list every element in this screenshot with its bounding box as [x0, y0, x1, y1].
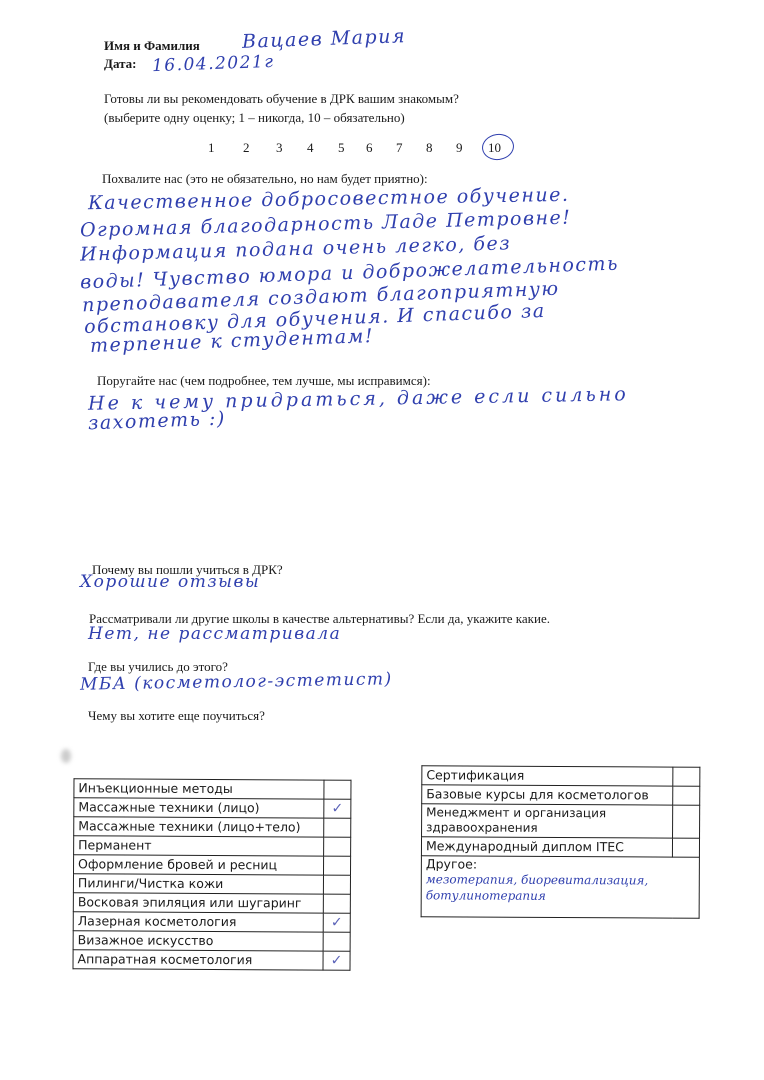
checkbox[interactable] — [673, 805, 700, 838]
course-row: Сертификация — [422, 766, 700, 786]
course-table-left: Инъекционные методыМассажные техники (ли… — [73, 778, 352, 970]
course-label: Визажное искусство — [73, 931, 323, 951]
course-label: Лазерная косметология — [73, 912, 323, 932]
course-row: Инъекционные методы — [74, 779, 351, 799]
checkbox[interactable] — [324, 780, 351, 799]
checkbox[interactable] — [323, 932, 350, 951]
course-label: Массажные техники (лицо) — [74, 798, 324, 818]
rating-option-3[interactable]: 3 — [276, 140, 283, 156]
rating-option-1[interactable]: 1 — [208, 140, 215, 156]
checkbox[interactable] — [323, 875, 350, 894]
other-value: мезотерапия, биоревитализация, ботулинот… — [426, 871, 695, 904]
checkbox[interactable] — [324, 837, 351, 856]
checkbox-checked[interactable]: ✓ — [323, 951, 350, 970]
course-label: Сертификация — [422, 766, 673, 786]
checkbox-checked[interactable]: ✓ — [323, 913, 350, 932]
praise-question: Похвалите нас (это не обязательно, но на… — [102, 171, 428, 187]
course-label: Пилинги/Чистка кожи — [73, 874, 323, 894]
recommend-hint: (выберите одну оценку; 1 – никогда, 10 –… — [104, 110, 405, 126]
scan-smudge — [61, 749, 71, 763]
course-row: Оформление бровей и ресниц — [74, 855, 351, 875]
course-row: Визажное искусство — [73, 931, 350, 951]
course-label: Перманент — [74, 836, 324, 856]
checkbox[interactable] — [672, 838, 699, 857]
course-row: Международный диплом ITEC — [421, 837, 699, 857]
name-label: Имя и Фамилия — [104, 38, 200, 54]
course-label: Оформление бровей и ресниц — [74, 855, 324, 875]
check-mark-icon: ✓ — [331, 953, 343, 969]
rating-option-6[interactable]: 6 — [366, 140, 373, 156]
course-row: Перманент — [74, 836, 351, 856]
course-label: Международный диплом ITEC — [421, 837, 672, 857]
why-answer: Хорошие отзывы — [80, 572, 260, 592]
course-label: Менеджмент и организация здравоохранения — [422, 804, 673, 838]
course-row: Базовые курсы для косметологов — [422, 785, 700, 805]
date-label: Дата: — [104, 56, 136, 72]
other-field[interactable]: Другое:мезотерапия, биоревитализация, бо… — [421, 856, 699, 918]
course-row: Массажные техники (лицо+тело) — [74, 817, 351, 837]
course-row: Пилинги/Чистка кожи — [73, 874, 350, 894]
course-row: Лазерная косметология✓ — [73, 912, 350, 932]
checkbox[interactable] — [673, 786, 700, 805]
course-row: Аппаратная косметология✓ — [73, 950, 350, 970]
rating-option-2[interactable]: 2 — [243, 140, 250, 156]
course-label: Массажные техники (лицо+тело) — [74, 817, 324, 837]
checkbox[interactable] — [323, 894, 350, 913]
course-row-other: Другое:мезотерапия, биоревитализация, бо… — [421, 856, 699, 918]
rating-option-8[interactable]: 8 — [426, 140, 433, 156]
course-row: Восковая эпиляция или шугаринг — [73, 893, 350, 913]
criticize-question: Поругайте нас (чем подробнее, тем лучше,… — [97, 373, 431, 389]
checkbox-checked[interactable]: ✓ — [324, 799, 351, 818]
checkbox[interactable] — [673, 767, 700, 786]
name-value: Вацаев Мария — [242, 25, 407, 53]
course-table-right: СертификацияБазовые курсы для косметолог… — [421, 765, 701, 918]
checkbox[interactable] — [324, 818, 351, 837]
recommend-question: Готовы ли вы рекомендовать обучение в ДР… — [104, 91, 459, 107]
check-mark-icon: ✓ — [331, 915, 343, 931]
selected-rating-circle — [480, 132, 515, 162]
other-label: Другое: — [426, 856, 477, 871]
course-label: Инъекционные методы — [74, 779, 324, 799]
checkbox[interactable] — [323, 856, 350, 875]
rating-scale: 1 2 3 4 5 6 7 8 9 10 — [205, 140, 515, 164]
previous-answer: МБА (косметолог-эстетист) — [80, 669, 393, 694]
course-row: Менеджмент и организация здравоохранения — [422, 804, 700, 838]
course-label: Аппаратная косметология — [73, 950, 323, 970]
course-label: Базовые курсы для косметологов — [422, 785, 673, 805]
check-mark-icon: ✓ — [331, 801, 343, 817]
rating-option-7[interactable]: 7 — [396, 140, 403, 156]
learn-more-question: Чему вы хотите еще поучиться? — [88, 708, 265, 724]
rating-option-5[interactable]: 5 — [338, 140, 345, 156]
rating-option-4[interactable]: 4 — [307, 140, 314, 156]
criticize-line: захотеть :) — [88, 408, 227, 435]
rating-option-9[interactable]: 9 — [456, 140, 463, 156]
date-value: 16.04.2021г — [152, 52, 275, 76]
course-label: Восковая эпиляция или шугаринг — [73, 893, 323, 913]
course-row: Массажные техники (лицо)✓ — [74, 798, 351, 818]
alternatives-answer: Нет, не рассматривала — [88, 624, 341, 644]
